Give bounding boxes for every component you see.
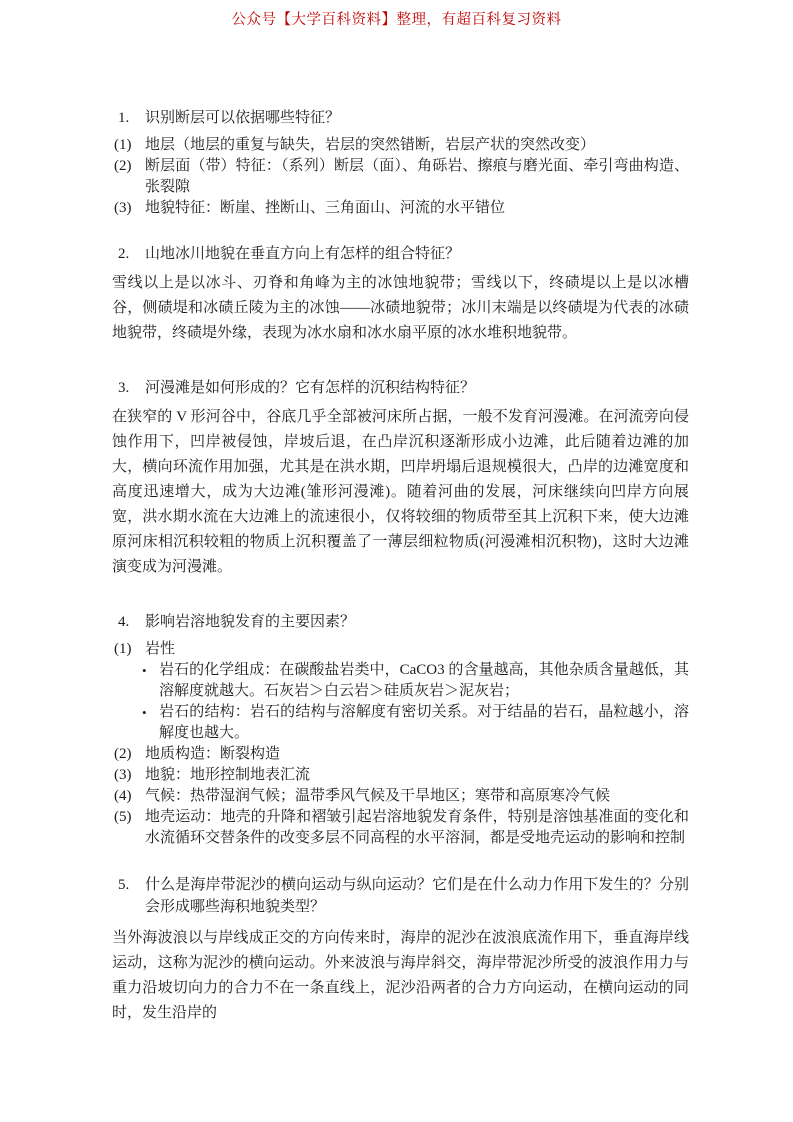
answer-list: (1) 岩性 • 岩石的化学组成：在碳酸盐岩类中，CaCO3 的含量越高，其他杂…	[112, 639, 689, 849]
bullet-text: 岩石的化学组成：在碳酸盐岩类中，CaCO3 的含量越高，其他杂质含量越低，其溶解…	[159, 660, 689, 702]
list-item: (4) 气候：热带湿润气候；温带季风气候及干旱地区；寒带和高原寒冷气候	[112, 786, 689, 807]
list-marker: (2)	[112, 744, 145, 765]
list-item-text: 地貌特征：断崖、挫断山、三角面山、河流的水平错位	[145, 198, 689, 219]
document-page: 公众号【大学百科资料】整理，有超百科复习资料 1. 识别断层可以依据哪些特征？ …	[0, 0, 793, 1122]
question-section-5: 5. 什么是海岸带泥沙的横向运动与纵向运动？它们是在什么动力作用下发生的？分别会…	[112, 874, 689, 1026]
question-text: 山地冰川地貌在垂直方向上有怎样的组合特征？	[145, 243, 689, 265]
question-text: 什么是海岸带泥沙的横向运动与纵向运动？它们是在什么动力作用下发生的？分别会形成哪…	[145, 874, 689, 918]
list-item-text: 地壳运动：地壳的升降和褶皱引起岩溶地貌发育条件，特别是溶蚀基准面的变化和水流循环…	[145, 807, 689, 849]
bullet-icon: •	[142, 702, 159, 744]
question-number: 1.	[112, 107, 145, 129]
list-item: (2) 地质构造：断裂构造	[112, 744, 689, 765]
list-item-text: 气候：热带湿润气候；温带季风气候及干旱地区；寒带和高原寒冷气候	[145, 786, 689, 807]
answer-paragraph: 在狭窄的 V 形河谷中，谷底几乎全部被河床所占据，一般不发育河漫滩。在河流旁向侵…	[112, 405, 689, 580]
list-marker: (1)	[112, 135, 145, 156]
list-item: (3) 地貌：地形控制地表汇流	[112, 765, 689, 786]
list-item: (1) 地层（地层的重复与缺失，岩层的突然错断，岩层产状的突然改变）	[112, 135, 689, 156]
list-marker: (3)	[112, 198, 145, 219]
list-item-text: 断层面（带）特征：（系列）断层（面）、角砾岩、擦痕与磨光面、牵引弯曲构造、张裂隙	[145, 156, 689, 198]
question-section-1: 1. 识别断层可以依据哪些特征？ (1) 地层（地层的重复与缺失，岩层的突然错断…	[112, 107, 689, 219]
question-text: 影响岩溶地貌发育的主要因素？	[145, 611, 689, 633]
question-number: 5.	[112, 874, 145, 918]
question-line: 2. 山地冰川地貌在垂直方向上有怎样的组合特征？	[112, 243, 689, 265]
document-content: 1. 识别断层可以依据哪些特征？ (1) 地层（地层的重复与缺失，岩层的突然错断…	[112, 107, 689, 1026]
sub-bullet-item: • 岩石的化学组成：在碳酸盐岩类中，CaCO3 的含量越高，其他杂质含量越低，其…	[112, 660, 689, 702]
question-section-2: 2. 山地冰川地貌在垂直方向上有怎样的组合特征？ 雪线以上是以冰斗、刃脊和角峰为…	[112, 243, 689, 346]
list-item: (5) 地壳运动：地壳的升降和褶皱引起岩溶地貌发育条件，特别是溶蚀基准面的变化和…	[112, 807, 689, 849]
bullet-text: 岩石的结构：岩石的结构与溶解度有密切关系。对于结晶的岩石，晶粒越小，溶解度也越大…	[159, 702, 689, 744]
list-item: (1) 岩性	[112, 639, 689, 660]
question-section-3: 3. 河漫滩是如何形成的？它有怎样的沉积结构特征？ 在狭窄的 V 形河谷中，谷底…	[112, 377, 689, 580]
question-line: 3. 河漫滩是如何形成的？它有怎样的沉积结构特征？	[112, 377, 689, 399]
list-marker: (3)	[112, 765, 145, 786]
question-number: 2.	[112, 243, 145, 265]
list-item-text: 地质构造：断裂构造	[145, 744, 689, 765]
list-item-text: 地层（地层的重复与缺失，岩层的突然错断，岩层产状的突然改变）	[145, 135, 689, 156]
list-marker: (5)	[112, 807, 145, 849]
question-line: 4. 影响岩溶地貌发育的主要因素？	[112, 611, 689, 633]
question-line: 1. 识别断层可以依据哪些特征？	[112, 107, 689, 129]
question-section-4: 4. 影响岩溶地貌发育的主要因素？ (1) 岩性 • 岩石的化学组成：在碳酸盐岩…	[112, 611, 689, 849]
answer-paragraph: 雪线以上是以冰斗、刃脊和角峰为主的冰蚀地貌带；雪线以下，终碛堤以上是以冰槽谷，侧…	[112, 271, 689, 346]
list-marker: (4)	[112, 786, 145, 807]
question-text: 河漫滩是如何形成的？它有怎样的沉积结构特征？	[145, 377, 689, 399]
watermark-header: 公众号【大学百科资料】整理，有超百科复习资料	[0, 8, 793, 29]
list-marker: (2)	[112, 156, 145, 198]
question-text: 识别断层可以依据哪些特征？	[145, 107, 689, 129]
bullet-icon: •	[142, 660, 159, 702]
question-number: 3.	[112, 377, 145, 399]
question-number: 4.	[112, 611, 145, 633]
list-item: (3) 地貌特征：断崖、挫断山、三角面山、河流的水平错位	[112, 198, 689, 219]
question-line: 5. 什么是海岸带泥沙的横向运动与纵向运动？它们是在什么动力作用下发生的？分别会…	[112, 874, 689, 918]
list-marker: (1)	[112, 639, 145, 660]
list-item: (2) 断层面（带）特征：（系列）断层（面）、角砾岩、擦痕与磨光面、牵引弯曲构造…	[112, 156, 689, 198]
answer-paragraph: 当外海波浪以与岸线成正交的方向传来时，海岸的泥沙在波浪底流作用下，垂直海岸线运动…	[112, 926, 689, 1026]
answer-list: (1) 地层（地层的重复与缺失，岩层的突然错断，岩层产状的突然改变） (2) 断…	[112, 135, 689, 219]
list-item-text: 地貌：地形控制地表汇流	[145, 765, 689, 786]
list-item-text: 岩性	[145, 639, 689, 660]
sub-bullet-item: • 岩石的结构：岩石的结构与溶解度有密切关系。对于结晶的岩石，晶粒越小，溶解度也…	[112, 702, 689, 744]
